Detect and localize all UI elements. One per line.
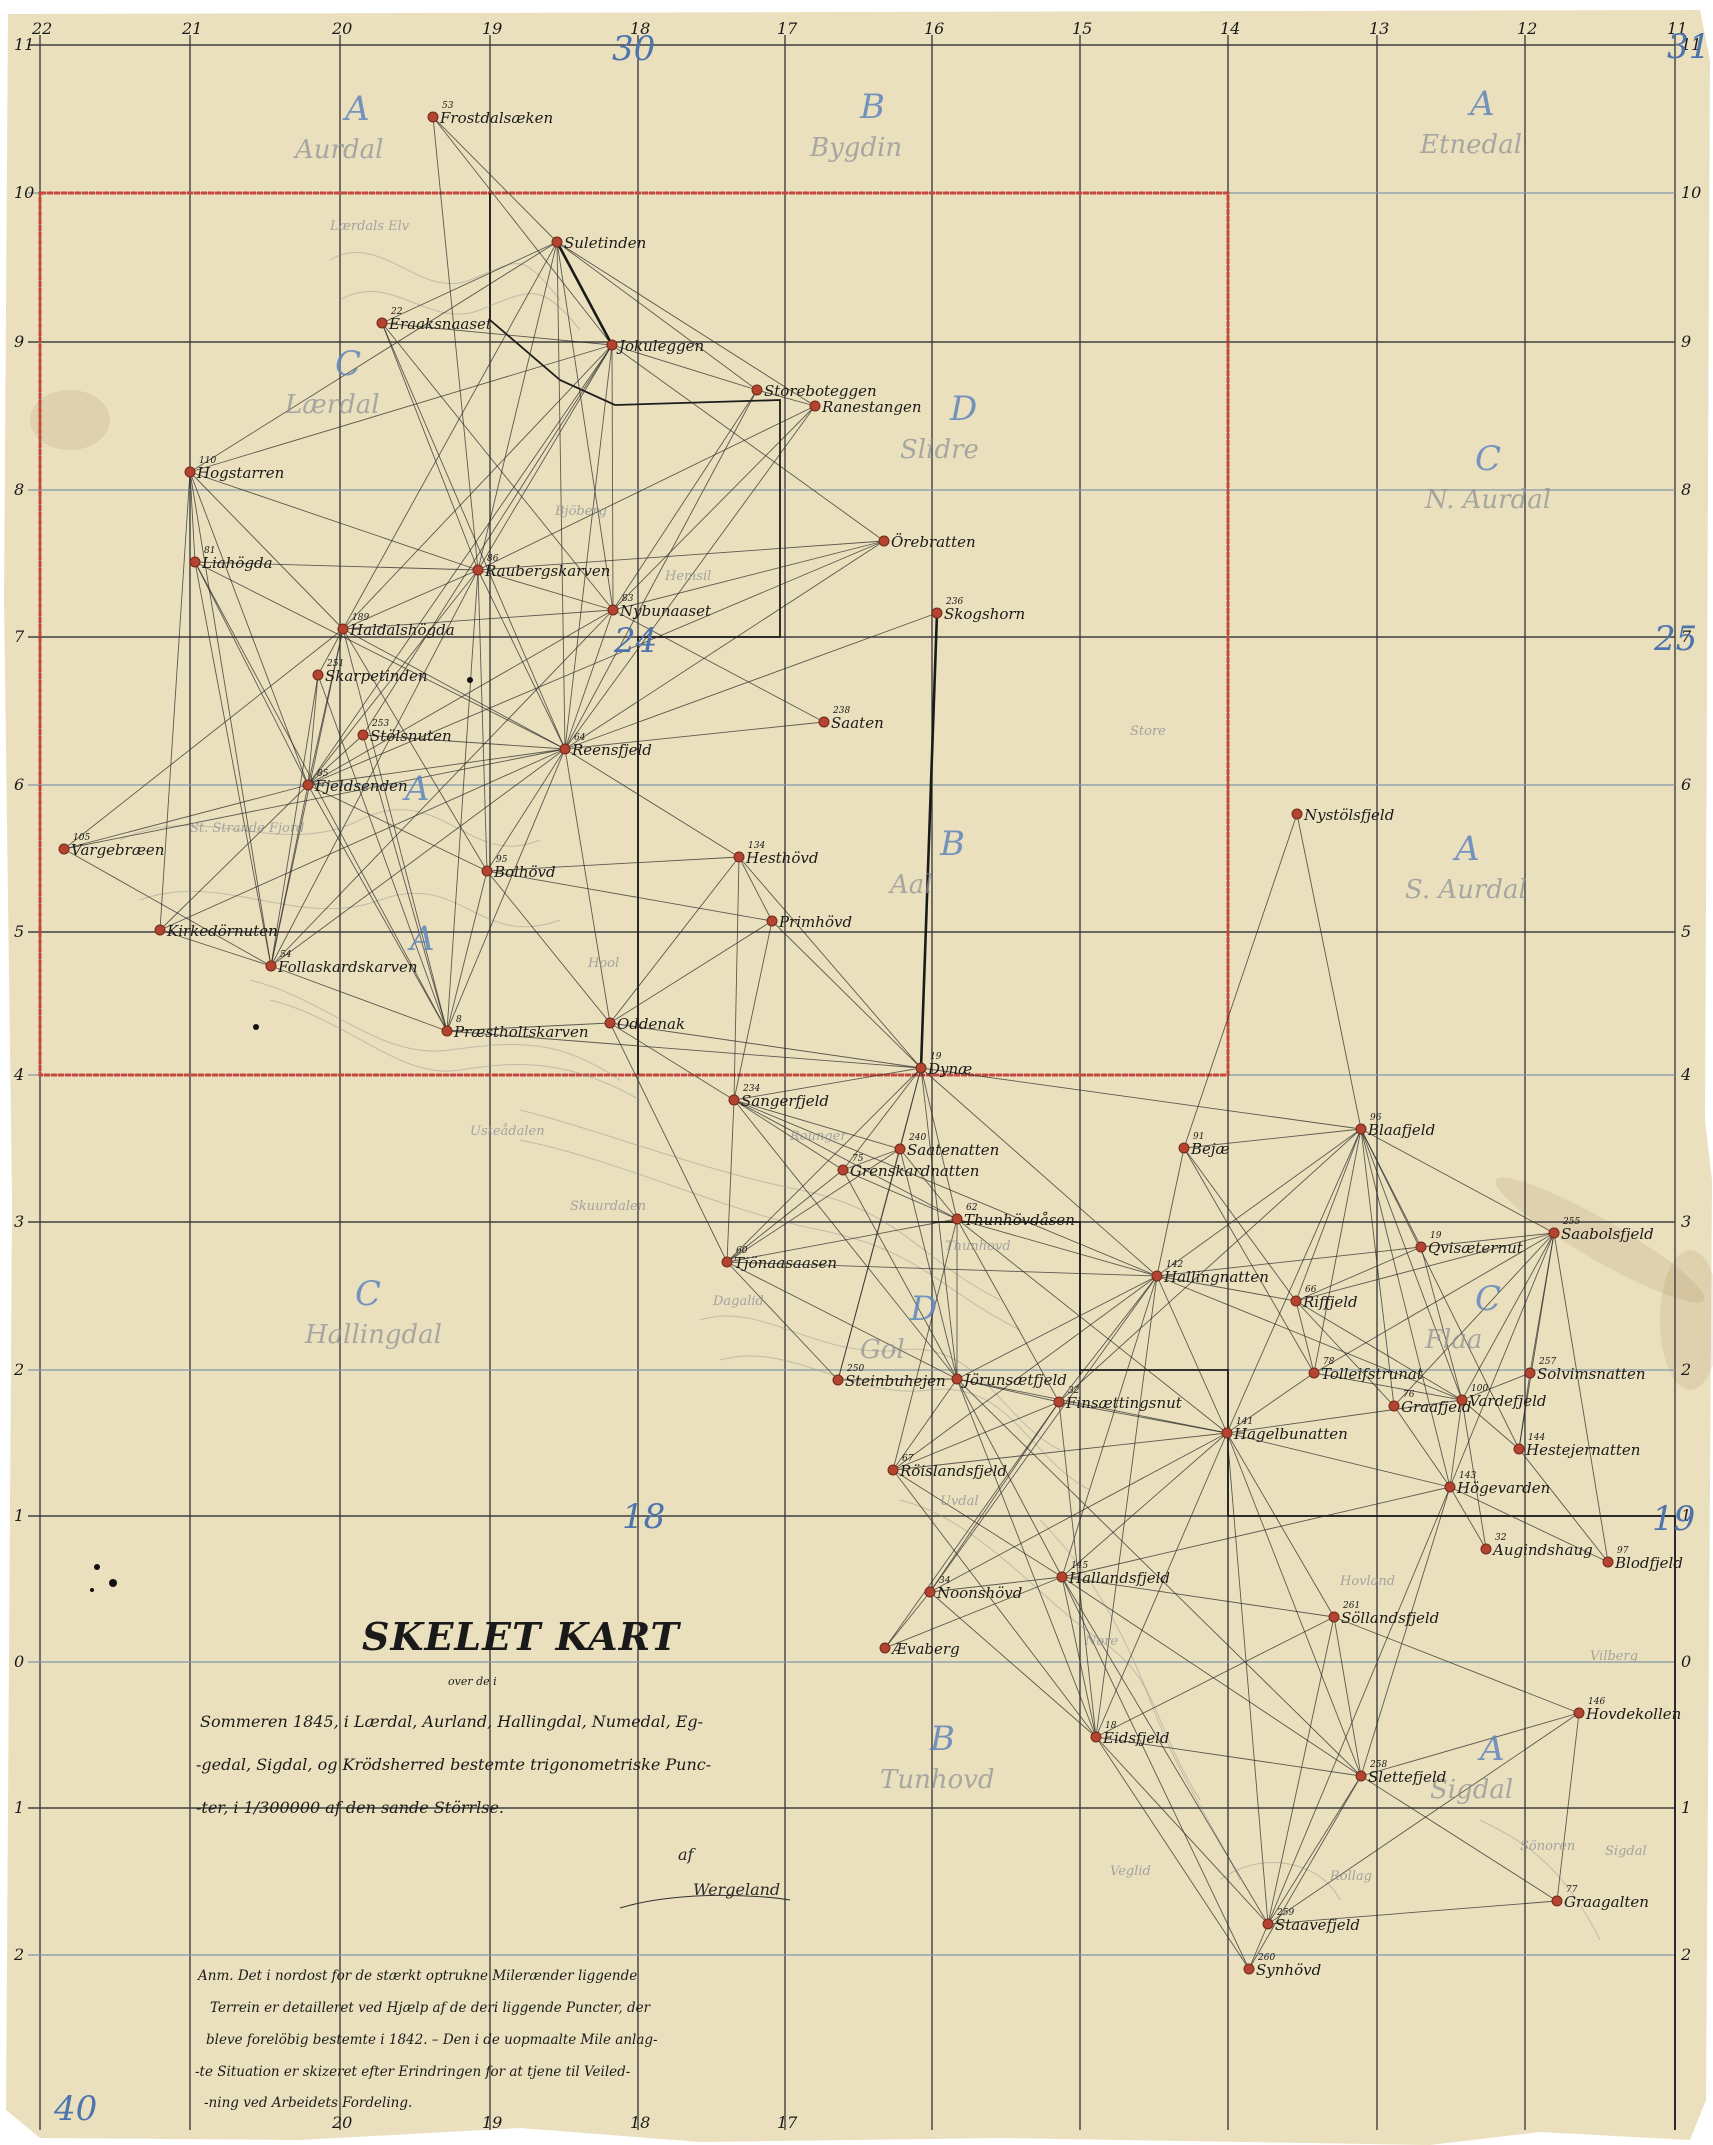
station-number: 83 [622,594,634,604]
bottom-column-label: 19 [482,2113,502,2132]
station-dot-icon [819,717,829,727]
station-number: 234 [742,1084,760,1094]
station-dot-icon [442,1026,452,1036]
station-name: Sangerfjeld [741,1092,829,1110]
row-label-right: 8 [1681,480,1691,499]
district-marker: A [407,919,435,959]
pencil-place-name: Lærdals Elv [329,219,410,234]
station-orebratten[interactable]: Örebratten [879,533,976,551]
station-number: 105 [73,833,90,843]
district-name: Bygdin [809,133,902,163]
station-dot-icon [1091,1732,1101,1742]
district-name: Slidre [900,435,979,465]
station-dot-icon [1222,1428,1232,1438]
station-dot-icon [879,536,889,546]
station-number: 96 [1370,1113,1382,1123]
column-label: 21 [181,19,202,38]
station-number: 261 [1342,1601,1360,1611]
station-name: Hagelbunatten [1233,1425,1348,1443]
station-name: Saaten [831,714,884,732]
station-name: Hallandsfjeld [1068,1569,1170,1587]
district-name: Lærdal [284,390,380,420]
district-name: Aal [888,870,933,900]
pencil-place-name: Sönoren [1520,1839,1575,1854]
station-dot-icon [1525,1368,1535,1378]
station-dot-icon [1549,1228,1559,1238]
station-name: Stölsnuten [370,727,452,745]
paper-sheet [4,10,1712,2145]
station-name: Ævaberg [890,1640,960,1658]
station-name: Hesthövd [745,849,818,867]
station-dot-icon [1603,1557,1613,1567]
station-name: Blaafjeld [1367,1121,1435,1139]
station-primhovd[interactable]: Primhövd [767,913,852,931]
bottom-column-label: 17 [777,2113,798,2132]
station-name: Skarpetinden [325,667,428,685]
pencil-place-name: Rounger [789,1129,847,1144]
row-label-right: 0 [1681,1652,1691,1671]
station-dot-icon [428,112,438,122]
district-letter: D [949,389,977,429]
station-name: Graagalten [1564,1893,1649,1911]
district-letter: B [939,824,965,864]
station-number: 66 [1305,1285,1317,1295]
sheet-number: 24 [613,621,657,661]
station-name: Riffjeld [1302,1293,1358,1311]
station-jorunsaetfjeld[interactable]: Jörunsætfjeld [952,1371,1067,1389]
station-number: 19 [930,1052,942,1062]
station-dot-icon [607,340,617,350]
station-name: Grenskardnatten [850,1162,979,1180]
station-dot-icon [1292,809,1302,819]
station-name: Præstholtskarven [453,1023,589,1041]
station-name: Liahögda [201,554,273,572]
station-number: 85 [317,769,329,779]
column-label: 14 [1220,19,1240,38]
district-letter: A [407,919,435,959]
station-name: Vardefjeld [1469,1392,1547,1410]
station-name: Örebratten [891,533,976,551]
station-name: Högevarden [1456,1479,1550,1497]
station-dot-icon [1457,1395,1467,1405]
station-dot-icon [916,1063,926,1073]
station-name: Nybunaaset [619,602,712,620]
station-number: 146 [1588,1697,1605,1707]
pencil-place-name: Dagalid [712,1294,764,1309]
station-number: 253 [371,719,389,729]
station-dot-icon [1152,1271,1162,1281]
district-letter: C [1475,1279,1501,1319]
station-number: 8 [456,1015,462,1025]
row-label-left: 5 [14,922,24,941]
station-name: Hogstarren [196,464,284,482]
sheet-number: 30 [612,29,655,69]
station-dot-icon [895,1144,905,1154]
station-name: Reensfjeld [571,741,652,759]
row-label-left: 10 [14,183,34,202]
station-name: Eidsfjeld [1102,1729,1170,1747]
column-label: 20 [331,19,352,38]
station-name: Skogshorn [944,605,1025,623]
station-number: 141 [1236,1417,1253,1427]
station-number: 60 [736,1246,748,1256]
row-label-left: 2 [13,1945,24,1964]
pencil-place-name: Thunhovd [945,1239,1011,1254]
station-kirkedornuten[interactable]: Kirkedörnuten [155,922,278,940]
station-dot-icon [925,1587,935,1597]
station-number: 134 [748,841,765,851]
pencil-place-name: Vilberg [1590,1649,1638,1664]
station-dot-icon [560,744,570,754]
station-name: Röislandsfjeld [899,1462,1007,1480]
row-label-left: 2 [13,1360,24,1379]
station-name: Oddenak [617,1015,685,1033]
row-label-left: 9 [14,332,24,351]
station-number: 91 [1193,1132,1204,1142]
district-name: Aurdal [293,135,383,165]
station-number: 142 [1166,1260,1183,1270]
pencil-place-name: Hovland [1339,1574,1395,1589]
description-line-2: -gedal, Sigdal, og Krödsherred bestemte … [196,1755,711,1774]
station-number: 251 [326,659,344,669]
station-name: Haldalshögda [349,621,455,639]
district-letter: A [342,89,370,129]
row-label-left: 0 [14,1652,24,1671]
station-dot-icon [303,780,313,790]
station-dot-icon [833,1375,843,1385]
district-name: Tunhovd [880,1765,995,1795]
station-dot-icon [734,852,744,862]
station-dot-icon [482,866,492,876]
column-label: 12 [1517,19,1537,38]
station-name: Dynæ [927,1060,972,1078]
sheet-number: 31 [1667,27,1710,67]
station-name: Hovdekollen [1585,1705,1681,1723]
row-label-left: 6 [14,775,24,794]
station-dot-icon [838,1165,848,1175]
station-name: Kirkedörnuten [166,922,278,940]
station-name: Tjönaasaasen [734,1254,837,1272]
station-number: 95 [496,855,508,865]
pencil-place-name: Sigdal [1605,1844,1647,1859]
station-number: 32 [1495,1533,1507,1543]
row-label-left: 4 [13,1065,24,1084]
district-letter: A [1467,84,1495,124]
station-dot-icon [608,605,618,615]
station-number: 18 [1105,1721,1117,1731]
station-number: 67 [902,1454,914,1464]
station-dot-icon [1445,1482,1455,1492]
map-subtitle: over de i [448,1675,497,1688]
station-dot-icon [338,624,348,634]
station-number: 62 [966,1203,978,1213]
station-number: 53 [442,101,454,111]
station-name: Fjeldsenden [314,777,408,795]
station-name: Noonshövd [936,1584,1022,1602]
station-dot-icon [952,1374,962,1384]
station-dot-icon [729,1095,739,1105]
station-dot-icon [155,925,165,935]
station-number: 54 [280,950,292,960]
station-number: 97 [1617,1546,1629,1556]
pencil-place-name: Uvdal [940,1494,979,1509]
pencil-place-name: Veglid [1110,1864,1151,1879]
station-number: 257 [1538,1357,1556,1367]
column-label: 16 [924,19,944,38]
station-dot-icon [1263,1919,1273,1929]
pencil-place-name: Rollag [1329,1869,1372,1884]
signature: Wergeland [693,1880,780,1899]
row-label-right: 3 [1681,1212,1691,1231]
district-letter: D [909,1289,937,1329]
station-dot-icon [1309,1368,1319,1378]
station-number: 78 [1323,1357,1335,1367]
station-name: Synhövd [1256,1961,1321,1979]
district-letter: C [355,1274,381,1314]
note-line-3: bleve forelöbig bestemte i 1842. – Den i… [206,2032,658,2048]
note-line-4: -te Situation er skizeret efter Erindrin… [195,2064,631,2080]
station-dot-icon [1552,1896,1562,1906]
station-number: 75 [852,1154,864,1164]
station-name: Hestejernatten [1525,1441,1640,1459]
row-label-right: 9 [1681,332,1691,351]
station-name: Follaskardskarven [277,958,418,976]
row-label-left: 8 [14,480,24,499]
station-name: Finsættingsnut [1065,1394,1183,1412]
station-number: 143 [1459,1471,1476,1481]
district-letter: A [1452,829,1480,869]
station-name: Jörunsætfjeld [961,1371,1067,1389]
station-number: 258 [1369,1760,1387,1770]
station-dot-icon [1416,1242,1426,1252]
station-name: Blodfjeld [1614,1554,1683,1572]
station-name: Augindshaug [1491,1541,1593,1559]
station-number: 255 [1562,1217,1580,1227]
row-label-left: 3 [14,1212,24,1231]
station-dot-icon [1389,1401,1399,1411]
station-name: Vargebræen [71,841,164,859]
sheet-number: 18 [622,1497,665,1537]
row-label-right: 10 [1681,183,1701,202]
station-number: 81 [204,546,215,556]
station-dot-icon [473,565,483,575]
row-label-left: 7 [14,627,25,646]
station-dot-icon [1291,1296,1301,1306]
station-dot-icon [752,385,762,395]
pencil-place-name: Hool [587,956,619,971]
station-dot-icon [1574,1708,1584,1718]
station-number: 19 [1430,1231,1442,1241]
station-dot-icon [1054,1397,1064,1407]
description-line-1: Sommeren 1845, i Lærdal, Aurland, Hallin… [200,1712,703,1731]
pencil-place-name: Bjöberg [554,504,607,519]
station-name: Ranestangen [821,398,922,416]
station-dot-icon [266,961,276,971]
pencil-place-name: Hemsil [664,569,711,584]
sheet-number: 19 [1652,1499,1695,1539]
station-name: Jokuleggen [616,337,704,355]
station-number: 260 [1257,1953,1275,1963]
column-label: 15 [1072,19,1092,38]
column-label: 19 [482,19,502,38]
station-number: 77 [1566,1885,1578,1895]
station-name: Tolleifstrunat [1321,1365,1424,1383]
station-number: 110 [199,456,216,466]
station-dot-icon [722,1257,732,1267]
station-suletinden[interactable]: Suletinden [552,234,646,252]
row-label-left: 11 [14,35,34,54]
station-number: 259 [1276,1908,1294,1918]
station-name: Suletinden [564,234,646,252]
district-name: Etnedal [1419,130,1522,160]
station-number: 76 [1403,1390,1415,1400]
row-label-right: 1 [1681,1798,1691,1817]
station-number: 86 [487,554,499,564]
station-dot-icon [1329,1612,1339,1622]
district-name: N. Aurdal [1424,485,1551,515]
column-label: 17 [777,19,798,38]
station-name: Hallingnatten [1163,1268,1269,1286]
station-dot-icon [313,670,323,680]
station-dot-icon [1057,1572,1067,1582]
station-name: Raubergskarven [484,562,610,580]
station-name: Bolhövd [493,863,556,881]
pencil-place-name: Nore [1084,1634,1118,1649]
station-dot-icon [605,1018,615,1028]
district-name: Flaa [1424,1325,1482,1355]
station-ranestangen[interactable]: Ranestangen [810,398,922,416]
station-name: Thunhövdåsen [964,1211,1075,1229]
district-letter: C [1475,439,1501,479]
district-letter: A [1477,1729,1505,1769]
station-dot-icon [1356,1771,1366,1781]
station-dot-icon [932,608,942,618]
bottom-column-label: 20 [331,2113,352,2132]
station-name: Söllandsfjeld [1341,1609,1439,1627]
station-number: 236 [945,597,963,607]
station-name: Nystölsfjeld [1303,806,1394,824]
row-label-right: 5 [1681,922,1691,941]
station-name: Frostdalsæken [439,109,553,127]
district-name: S. Aurdal [1405,875,1527,905]
station-number: 145 [1071,1561,1088,1571]
column-label: 13 [1369,19,1389,38]
map-title: SKELET KART [362,1614,682,1659]
pencil-place-name: Usteådalen [470,1123,545,1139]
station-dot-icon [552,237,562,247]
pencil-place-name: St. Strande Fjord [190,821,304,836]
station-number: 34 [939,1576,951,1586]
row-label-right: 2 [1680,1945,1691,1964]
sheet-number: 25 [1653,619,1697,659]
station-dot-icon [185,467,195,477]
district-letter: C [335,344,361,384]
bottom-column-label: 18 [630,2113,650,2132]
station-dot-icon [377,318,387,328]
station-dot-icon [1481,1544,1491,1554]
station-name: Slettefjeld [1368,1768,1446,1786]
station-evaberg[interactable]: Ævaberg [880,1640,960,1658]
station-number: 22 [390,307,403,317]
note-line-5: -ning ved Arbeidets Fordeling. [204,2095,412,2111]
station-dot-icon [952,1214,962,1224]
pencil-place-name: Store [1130,724,1166,739]
row-label-right: 2 [1680,1360,1691,1379]
station-name: Saabolsfjeld [1561,1225,1654,1243]
station-name: Primhövd [778,913,852,931]
station-number: 189 [352,613,369,623]
station-name: Qvisæternut [1428,1239,1524,1257]
station-oddenak[interactable]: Oddenak [605,1015,685,1033]
station-dot-icon [1244,1964,1254,1974]
row-label-left: 1 [14,1798,24,1817]
row-label-left: 1 [14,1506,24,1525]
sheet-number: 40 [53,2089,97,2129]
station-name: Steinbuhejen [845,1372,946,1390]
station-dot-icon [1179,1143,1189,1153]
station-dot-icon [888,1465,898,1475]
station-number: 32 [1068,1386,1080,1396]
station-dot-icon [880,1643,890,1653]
station-number: 240 [908,1133,926,1143]
description-line-3: -ter, i 1/300000 af den sande Störrlse. [196,1798,504,1817]
district-name: Gol [860,1335,905,1365]
row-label-right: 6 [1681,775,1691,794]
station-name: Staavefjeld [1275,1916,1360,1934]
row-label-right: 4 [1680,1065,1691,1084]
station-dot-icon [358,730,368,740]
district-letter: B [929,1719,955,1759]
station-dot-icon [59,844,69,854]
district-letter: B [859,87,885,127]
station-jokuleggen[interactable]: Jokuleggen [607,337,704,355]
station-name: Solvimsnatten [1537,1365,1646,1383]
note-line-1: Anm. Det i nordost for de stærkt optrukn… [196,1968,637,1984]
station-dot-icon [1356,1124,1366,1134]
station-dot-icon [190,557,200,567]
station-name: Bejæ [1190,1140,1230,1158]
skelet-kart-map: 2221201918171615141312111111101099887766… [0,0,1713,2145]
station-name: Saatenatten [907,1141,999,1159]
station-dot-icon [1514,1444,1524,1454]
station-nystolsfjeld[interactable]: Nystölsfjeld [1292,806,1394,824]
station-number: 64 [574,733,586,743]
note-line-2: Terrein er detailleret ved Hjælp af de d… [210,2000,652,2016]
station-dot-icon [810,401,820,411]
station-number: 250 [846,1364,864,1374]
district-name: Hallingdal [304,1320,442,1350]
station-dot-icon [767,916,777,926]
station-number: 144 [1528,1433,1545,1443]
station-number: 238 [832,706,850,716]
station-number: 100 [1471,1384,1488,1394]
pencil-place-name: Skuurdalen [570,1199,646,1214]
station-name: Eraaksnaaset [388,315,493,333]
